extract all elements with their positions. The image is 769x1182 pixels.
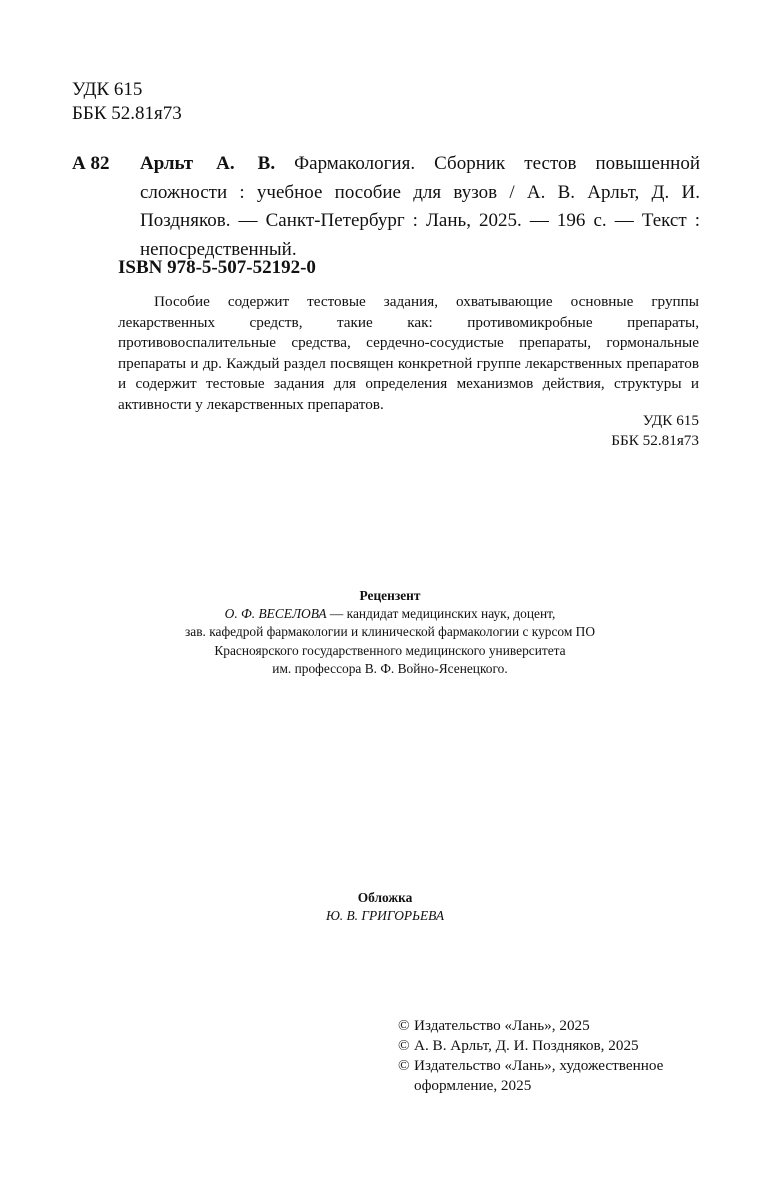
bbk-code: ББК 52.81я73	[72, 102, 182, 126]
copyright-block: ©Издательство «Лань», 2025 ©А. В. Арльт,…	[398, 1016, 708, 1096]
classification-bottom: УДК 615 ББК 52.81я73	[500, 411, 699, 451]
reviewer-line-1: О. Ф. ВЕСЕЛОВА — кандидат медицинских на…	[120, 605, 660, 623]
copyright-icon: ©	[398, 1036, 414, 1056]
reviewer-block: Рецензент О. Ф. ВЕСЕЛОВА — кандидат меди…	[120, 587, 660, 678]
cover-credit: Обложка Ю. В. ГРИГОРЬЕВА	[280, 889, 490, 925]
cover-label: Обложка	[280, 889, 490, 907]
reviewer-name: О. Ф. ВЕСЕЛОВА	[225, 606, 327, 621]
udk-code: УДК 615	[72, 78, 182, 102]
reviewer-label: Рецензент	[120, 587, 660, 605]
reviewer-line-3: Красноярского государственного медицинск…	[120, 642, 660, 660]
annotation: Пособие содержит тестовые задания, охват…	[118, 292, 699, 415]
reviewer-line-4: им. профессора В. Ф. Войно-Ясенецкого.	[120, 660, 660, 678]
record-author: Арльт А. В.	[140, 153, 275, 174]
copyright-icon: ©	[398, 1056, 414, 1076]
author-cipher: А 82	[72, 150, 109, 178]
copyright-icon: ©	[398, 1016, 414, 1036]
reviewer-title: — кандидат медицинских наук, доцент,	[327, 606, 556, 621]
isbn: ISBN 978-5-507-52192-0	[118, 256, 316, 280]
copyright-line: ©А. В. Арльт, Д. И. Поздняков, 2025	[398, 1036, 708, 1056]
reviewer-line-2: зав. кафедрой фармакологии и клинической…	[120, 623, 660, 641]
bibliographic-record: Арльт А. В. Фармакология. Сборник тестов…	[140, 150, 700, 264]
copyright-line: ©Издательство «Лань», художественное офо…	[398, 1056, 708, 1096]
cover-designer: Ю. В. ГРИГОРЬЕВА	[280, 907, 490, 925]
bbk-code: ББК 52.81я73	[500, 431, 699, 451]
classification-top: УДК 615 ББК 52.81я73	[72, 78, 182, 126]
copyright-line: ©Издательство «Лань», 2025	[398, 1016, 708, 1036]
udk-code: УДК 615	[500, 411, 699, 431]
